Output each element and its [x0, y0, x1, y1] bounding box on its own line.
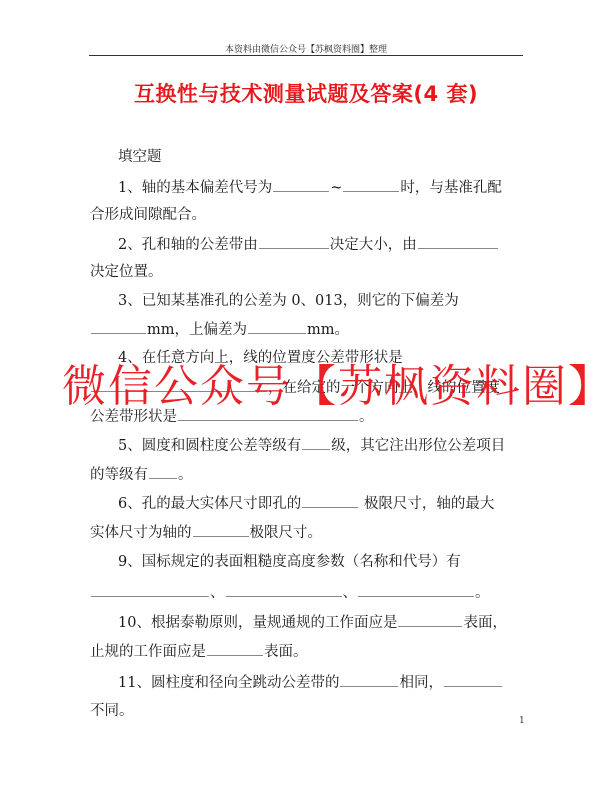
answer-blank [444, 672, 502, 687]
text: 极限尺寸。 [250, 525, 323, 541]
answer-blank [226, 582, 342, 597]
question-3-line-1: 3、已知某基准孔的公差为 0、013，则它的下偏差为 [118, 291, 459, 311]
question-5-line-1: 5、圆度和圆柱度公差等级有级，其它注出形位公差项目 [118, 435, 505, 456]
document-title: 互换性与技术测量试题及答案(4 套) [0, 78, 612, 108]
text: 。 [475, 585, 490, 601]
question-6-line-1: 6、孔的最大实体尺寸即孔的 极限尺寸，轴的最大 [118, 493, 494, 514]
question-9-line-2: 、、。 [90, 582, 490, 603]
question-2-line-2: 决定位置。 [90, 262, 163, 282]
text: 、 [210, 585, 225, 601]
text: 实体尺寸为轴的 [90, 525, 192, 541]
question-9-line-1: 9、国标规定的表面粗糙度高度参数（名称和代号）有 [118, 552, 461, 572]
text: 4、在任意方向上，线的位置度公差带形状是 [118, 350, 403, 366]
text: 表面， [463, 615, 507, 631]
answer-blank [398, 612, 462, 627]
text: 决定位置。 [90, 264, 163, 280]
question-3-line-2: mm，上偏差为mm。 [90, 319, 349, 340]
answer-blank [273, 177, 329, 192]
answer-blank [91, 319, 146, 334]
page-number: 1 [519, 716, 525, 726]
answer-blank [149, 464, 177, 479]
answer-blank [91, 582, 209, 597]
question-11-line-2: 不同。 [90, 701, 134, 721]
text: 表面。 [264, 644, 308, 660]
text: 相同， [399, 675, 443, 691]
answer-blank [193, 522, 249, 537]
answer-blank [248, 319, 306, 334]
text: 时，与基准孔配 [400, 180, 502, 196]
question-10-line-2: 止规的工作面应是表面。 [90, 641, 308, 662]
text: mm，上偏差为 [147, 322, 247, 338]
text: 极限尺寸，轴的最大 [359, 496, 494, 512]
text: 公差带形状是 [90, 409, 177, 425]
text: 6、孔的最大实体尺寸即孔的 [118, 496, 301, 512]
answer-blank [302, 493, 358, 508]
text: 级，其它注出形位公差项目 [331, 438, 505, 454]
text: 、 [343, 585, 358, 601]
answer-blank [340, 672, 398, 687]
text: 。 [178, 467, 193, 483]
answer-blank [207, 641, 263, 656]
question-6-line-2: 实体尺寸为轴的极限尺寸。 [90, 522, 322, 543]
answer-blank [91, 377, 267, 392]
question-4-line-2: ，在给定的一个方向上，线的位置度 [90, 377, 500, 398]
text: 。 [359, 409, 374, 425]
text: ~ [330, 180, 342, 196]
text: 决定大小，由 [330, 237, 417, 253]
text: 不同。 [90, 703, 134, 719]
text: 11、圆柱度和径向全跳动公差带的 [118, 675, 339, 691]
question-4-line-3: 公差带形状是。 [90, 406, 374, 427]
answer-blank [259, 234, 329, 249]
text: mm。 [307, 322, 349, 338]
text: 2、孔和轴的公差带由 [118, 237, 258, 253]
text: 的等级有 [90, 467, 148, 483]
answer-blank [418, 234, 498, 249]
text: 3、已知某基准孔的公差为 0、013，则它的下偏差为 [118, 293, 459, 309]
question-1-line-2: 合形成间隙配合。 [90, 205, 206, 225]
answer-blank [302, 435, 330, 450]
text: 1、轴的基本偏差代号为 [118, 180, 272, 196]
answer-blank [358, 582, 474, 597]
text: ，在给定的一个方向上，线的位置度 [268, 380, 500, 396]
question-11-line-1: 11、圆柱度和径向全跳动公差带的相同， [118, 672, 503, 693]
question-1-line-1: 1、轴的基本偏差代号为~时，与基准孔配 [118, 177, 502, 198]
section-heading: 填空题 [118, 147, 162, 167]
text: 5、圆度和圆柱度公差等级有 [118, 438, 301, 454]
question-5-line-2: 的等级有。 [90, 464, 193, 485]
question-10-line-1: 10、根据泰勒原则，量规通规的工作面应是表面， [118, 612, 507, 633]
question-2-line-1: 2、孔和轴的公差带由决定大小，由 [118, 234, 499, 255]
answer-blank [178, 406, 358, 421]
text: 10、根据泰勒原则，量规通规的工作面应是 [118, 615, 397, 631]
page-header: 本资料由微信公众号【苏枫资料圈】整理 [120, 42, 492, 55]
header-rule [89, 55, 523, 56]
text: 合形成间隙配合。 [90, 207, 206, 223]
text: 止规的工作面应是 [90, 644, 206, 660]
question-4-line-1: 4、在任意方向上，线的位置度公差带形状是 [118, 348, 403, 368]
answer-blank [343, 177, 399, 192]
text: 9、国标规定的表面粗糙度高度参数（名称和代号）有 [118, 554, 461, 570]
